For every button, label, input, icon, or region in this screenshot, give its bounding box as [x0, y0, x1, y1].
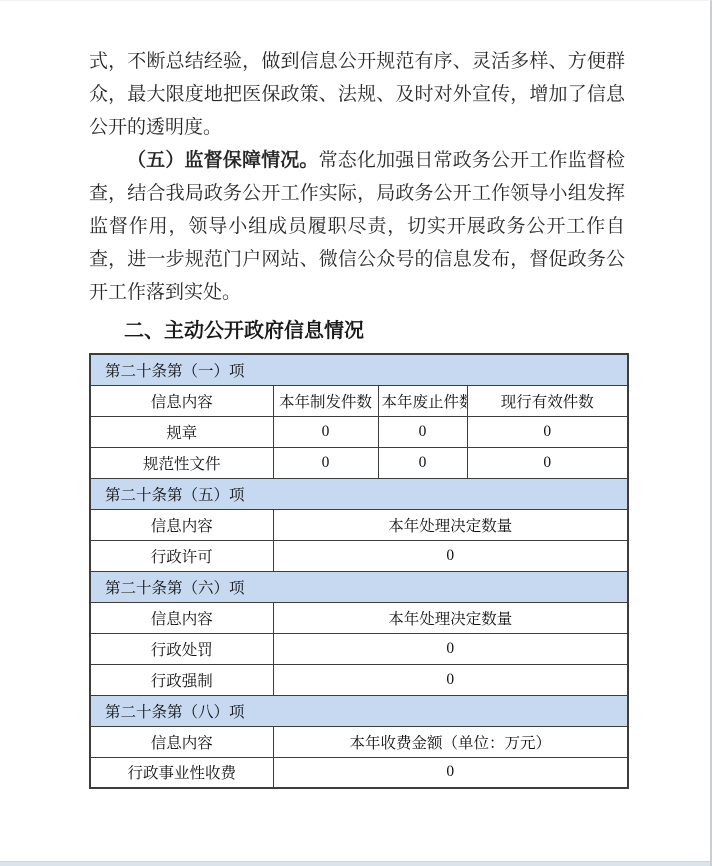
row-label-cell: 行政强制: [90, 664, 273, 695]
paragraph-2-lead: （五）监督保障情况。: [127, 150, 319, 171]
value-cell: 0: [378, 416, 467, 447]
body-paragraph-1: 式，不断总结经验，做到信息公开规范有序、灵活多样、方便群众，最大限度地把医保政策…: [89, 45, 625, 144]
column-header-cell: 本年废止件数: [378, 385, 467, 416]
value-cell: 0: [273, 447, 378, 478]
value-cell: 0: [467, 416, 628, 447]
column-header-cell: 信息内容: [90, 726, 273, 757]
table-row: 行政许可0: [90, 540, 628, 571]
value-cell: 0: [273, 540, 628, 571]
value-cell: 0: [273, 633, 628, 664]
row-label-cell: 规章: [90, 416, 273, 447]
paragraph-2-body: 常态化加强日常政务公开工作监督检查，结合我局政务公开工作实际，局政务公开工作领导…: [89, 150, 625, 303]
value-cell: 0: [378, 447, 467, 478]
value-cell: 0: [273, 664, 628, 695]
section-title: 第二十条第（六）项: [90, 571, 628, 602]
column-header-cell: 信息内容: [90, 385, 273, 416]
row-label-cell: 行政事业性收费: [90, 757, 273, 788]
value-cell: 0: [273, 416, 378, 447]
value-cell: 0: [467, 447, 628, 478]
body-paragraph-2: （五）监督保障情况。常态化加强日常政务公开工作监督检查，结合我局政务公开工作实际…: [89, 144, 625, 309]
column-header-cell: 信息内容: [90, 509, 273, 540]
row-label-cell: 行政许可: [90, 540, 273, 571]
table-row: 行政处罚0: [90, 633, 628, 664]
disclosure-table: 第二十条第（一）项信息内容本年制发件数本年废止件数现行有效件数规章000规范性文…: [89, 353, 629, 789]
table-row: 规范性文件000: [90, 447, 628, 478]
row-label-cell: 规范性文件: [90, 447, 273, 478]
viewport-bottom-bar: [0, 861, 710, 866]
column-header-cell: 本年处理决定数量: [273, 509, 628, 540]
table-row: 规章000: [90, 416, 628, 447]
column-header-row: 信息内容本年收费金额（单位：万元）: [90, 726, 628, 757]
column-header-row: 信息内容本年处理决定数量: [90, 509, 628, 540]
section-title: 第二十条第（一）项: [90, 354, 628, 385]
section-title: 第二十条第（八）项: [90, 695, 628, 726]
page-content: 式，不断总结经验，做到信息公开规范有序、灵活多样、方便群众，最大限度地把医保政策…: [0, 1, 710, 789]
column-header-cell: 信息内容: [90, 602, 273, 633]
column-header-cell: 本年处理决定数量: [273, 602, 628, 633]
column-header-cell: 本年收费金额（单位：万元）: [273, 726, 628, 757]
table-row: 行政强制0: [90, 664, 628, 695]
value-cell: 0: [273, 757, 628, 788]
section-title: 第二十条第（五）项: [90, 478, 628, 509]
table-row: 行政事业性收费0: [90, 757, 628, 788]
row-label-cell: 行政处罚: [90, 633, 273, 664]
column-header-row: 信息内容本年处理决定数量: [90, 602, 628, 633]
column-header-row: 信息内容本年制发件数本年废止件数现行有效件数: [90, 385, 628, 416]
column-header-cell: 现行有效件数: [467, 385, 628, 416]
document-page: 式，不断总结经验，做到信息公开规范有序、灵活多样、方便群众，最大限度地把医保政策…: [0, 0, 712, 866]
disclosure-table-body: 第二十条第（一）项信息内容本年制发件数本年废止件数现行有效件数规章000规范性文…: [90, 354, 628, 788]
section-heading: 二、主动公开政府信息情况: [89, 315, 625, 348]
column-header-cell: 本年制发件数: [273, 385, 378, 416]
